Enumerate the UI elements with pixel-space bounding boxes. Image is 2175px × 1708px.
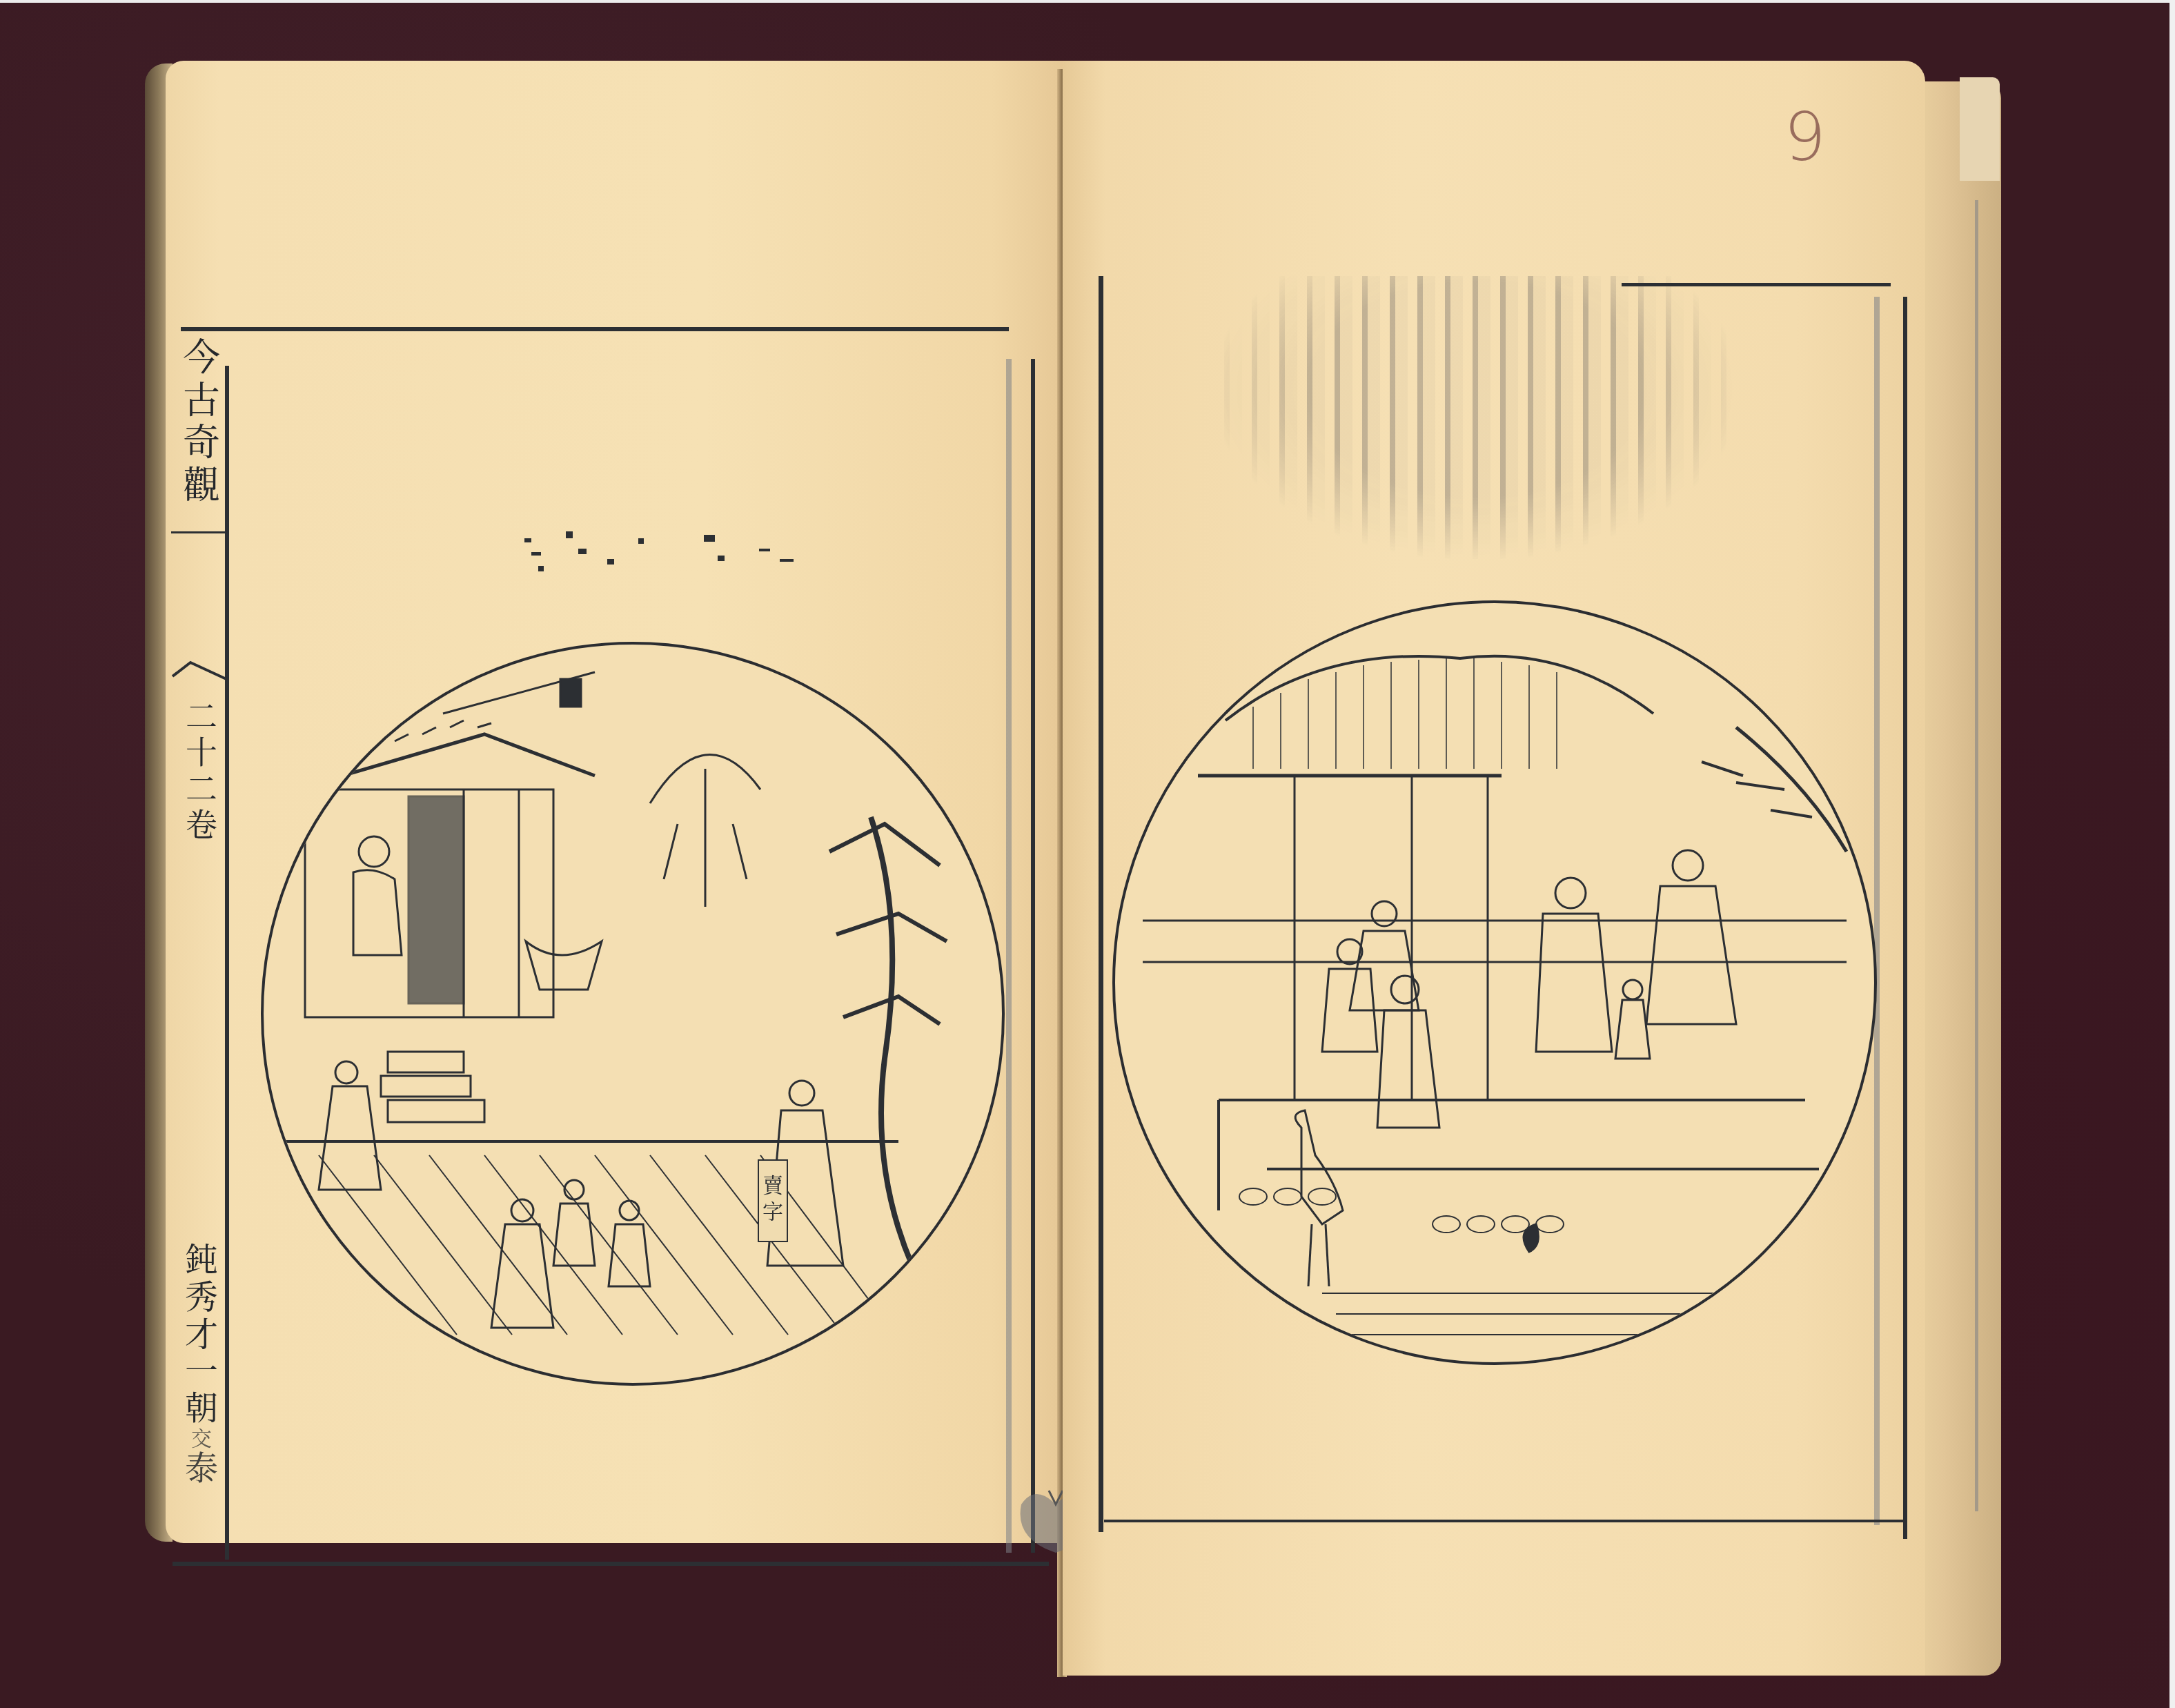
left-frame-top-rule	[181, 327, 1009, 331]
right-page-block-edge	[1918, 81, 2001, 1676]
right-edge-offset-rule	[1975, 200, 1978, 1511]
ink-speckles	[511, 524, 800, 580]
margin-char: 十	[181, 734, 222, 770]
margin-char: 泰	[181, 1451, 222, 1488]
margin-char: 鈍	[181, 1242, 222, 1279]
margin-cross-rule	[171, 531, 226, 533]
right-frame-bottom-rule	[1104, 1520, 1905, 1522]
margin-char: 一	[181, 1353, 222, 1391]
margin-char: 卷	[181, 807, 222, 843]
pencil-page-number: 9	[1784, 99, 1826, 176]
margin-char: 才	[181, 1317, 222, 1354]
left-frame-right-rule	[1031, 359, 1035, 1553]
right-frame-left-rule	[1099, 276, 1103, 1532]
margin-char: 觀	[181, 464, 222, 507]
margin-char: 朝	[181, 1391, 222, 1428]
pavilion-scene-illustration	[1115, 603, 1874, 1362]
margin-char: 交	[181, 1428, 222, 1451]
margin-char: 古	[181, 380, 222, 422]
sign-char: 賣	[759, 1173, 787, 1199]
courtyard-scene-illustration	[264, 645, 1002, 1383]
left-margin-column-rule	[225, 366, 229, 1560]
margin-char: 秀	[181, 1279, 222, 1317]
left-illustration-roundel	[261, 642, 1005, 1386]
right-illustration-roundel	[1112, 600, 1877, 1365]
margin-char: 奇	[181, 422, 222, 464]
right-frame-right-rule	[1903, 297, 1907, 1539]
sign-char: 字	[759, 1199, 787, 1226]
ink-offset-smudge	[1214, 276, 1739, 559]
margin-volume-number: 二 十 二 卷	[181, 698, 222, 843]
margin-char: 二	[181, 698, 222, 734]
left-frame-right-shadow-rule	[1006, 359, 1012, 1553]
right-frame-right-shadow-rule	[1874, 297, 1880, 1525]
scan-border-right	[2169, 0, 2175, 1708]
margin-book-title: 今 古 奇 觀	[181, 337, 222, 507]
sell-calligraphy-sign: 賣 字	[758, 1159, 788, 1242]
margin-story-title: 鈍 秀 才 一 朝 交 泰	[181, 1242, 222, 1488]
margin-char: 今	[181, 337, 222, 380]
torn-corner-flap	[1960, 77, 2000, 181]
left-frame-bottom-rule	[173, 1562, 1049, 1566]
fish-tail-icon	[171, 656, 233, 680]
margin-char: 二	[181, 771, 222, 807]
